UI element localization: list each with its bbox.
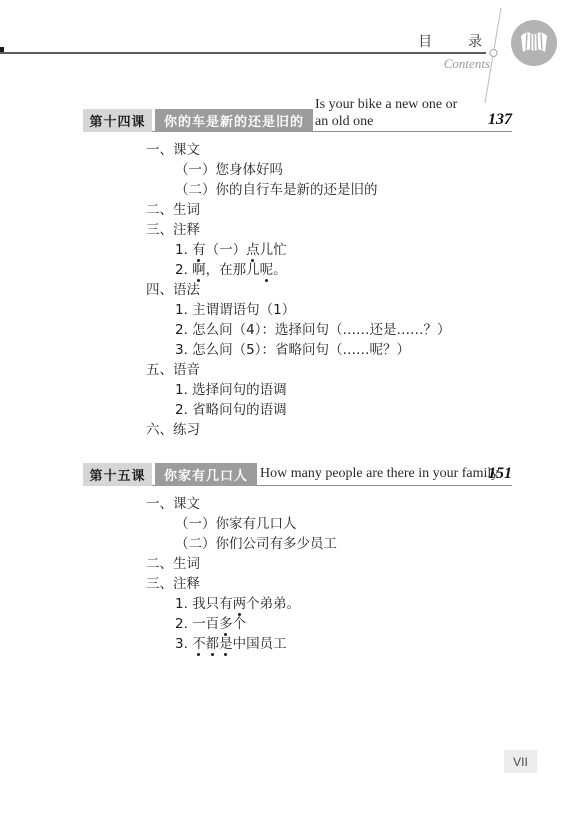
- lesson-section-14: 第十四课 你的车是新的还是旧的 Is your bike a new one o…: [83, 96, 512, 440]
- lesson-header: 第十四课 你的车是新的还是旧的 Is your bike a new one o…: [83, 96, 512, 132]
- toc-list: 一、课文（一）您身体好吗（二）你的自行车是新的还是旧的二、生词三、注释1. 有（…: [83, 140, 512, 440]
- toc-item: 一、课文: [146, 494, 512, 514]
- toc-item: 三、注释: [146, 220, 512, 240]
- toc-item: 1. 我只有两个弟弟。: [175, 594, 512, 614]
- emphasis-dot-char: 点: [246, 240, 260, 260]
- toc-item: 2. 啊，在那儿呢。: [175, 260, 512, 280]
- lesson-title-english-line2: an old one: [315, 113, 457, 130]
- toc-item: 2. 怎么问（4）：选择问句（……还是……？）: [175, 320, 512, 340]
- toc-list: 一、课文（一）你家有几口人（二）你们公司有多少员工二、生词三、注释1. 我只有两…: [83, 494, 512, 654]
- toc-item: 一、课文: [146, 140, 512, 160]
- toc-page: 目 录 Contents 第十四课 你的车是新的还是旧的 I: [0, 0, 579, 818]
- lesson-title-english-line1: Is your bike a new one or: [315, 96, 457, 113]
- folio-page-number: VII: [504, 750, 537, 773]
- lesson-header: 第十五课 你家有几口人 How many people are there in…: [83, 450, 512, 486]
- lesson-title-badge: 你家有几口人: [155, 463, 257, 486]
- toc-item: （一）你家有几口人: [175, 514, 512, 534]
- diagonal-line-decoration: [479, 8, 509, 107]
- toc-item: （一）您身体好吗: [175, 160, 512, 180]
- book-logo-icon: [511, 20, 557, 66]
- toc-item: 1. 有（一）点儿忙: [175, 240, 512, 260]
- lesson-page-number: 151: [488, 465, 512, 483]
- toc-item: （二）你们公司有多少员工: [175, 534, 512, 554]
- lesson-label-badge: 第十五课: [83, 463, 152, 486]
- emphasis-dot-char: 不: [192, 634, 206, 654]
- toc-item: 二、生词: [146, 554, 512, 574]
- toc-item: 1. 主谓谓语句（1）: [175, 300, 512, 320]
- emphasis-dot-char: 呢: [260, 260, 274, 280]
- toc-item: 1. 选择问句的语调: [175, 380, 512, 400]
- toc-item: 三、注释: [146, 574, 512, 594]
- lesson-label-badge: 第十四课: [83, 109, 152, 132]
- toc-item: 2. 一百多个: [175, 614, 512, 634]
- lesson-page-number: 137: [488, 111, 512, 129]
- lesson-title-english-line1: How many people are there in your family: [260, 465, 498, 482]
- toc-item: 二、生词: [146, 200, 512, 220]
- toc-item: 六、练习: [146, 420, 512, 440]
- lesson-title-english: Is your bike a new one or an old one: [315, 96, 457, 130]
- emphasis-dot-char: 有: [192, 240, 206, 260]
- header-rule: [0, 52, 486, 54]
- toc-item: 3. 不都是中国员工: [175, 634, 512, 654]
- lesson-title-english: How many people are there in your family: [260, 465, 498, 482]
- toc-item: （二）你的自行车是新的还是旧的: [175, 180, 512, 200]
- lesson-title-badge: 你的车是新的还是旧的: [155, 109, 313, 132]
- toc-item: 五、语音: [146, 360, 512, 380]
- emphasis-dot-char: 啊: [192, 260, 206, 280]
- toc-item: 四、语法: [146, 280, 512, 300]
- lesson-section-15: 第十五课 你家有几口人 How many people are there in…: [83, 450, 512, 654]
- emphasis-dot-char: 多: [219, 614, 233, 634]
- emphasis-dot-char: 是: [219, 634, 233, 654]
- toc-item: 2. 省略问句的语调: [175, 400, 512, 420]
- toc-item: 3. 怎么问（5）：省略问句（……呢？）: [175, 340, 512, 360]
- emphasis-dot-char: 两: [233, 594, 247, 614]
- emphasis-dot-char: 都: [206, 634, 220, 654]
